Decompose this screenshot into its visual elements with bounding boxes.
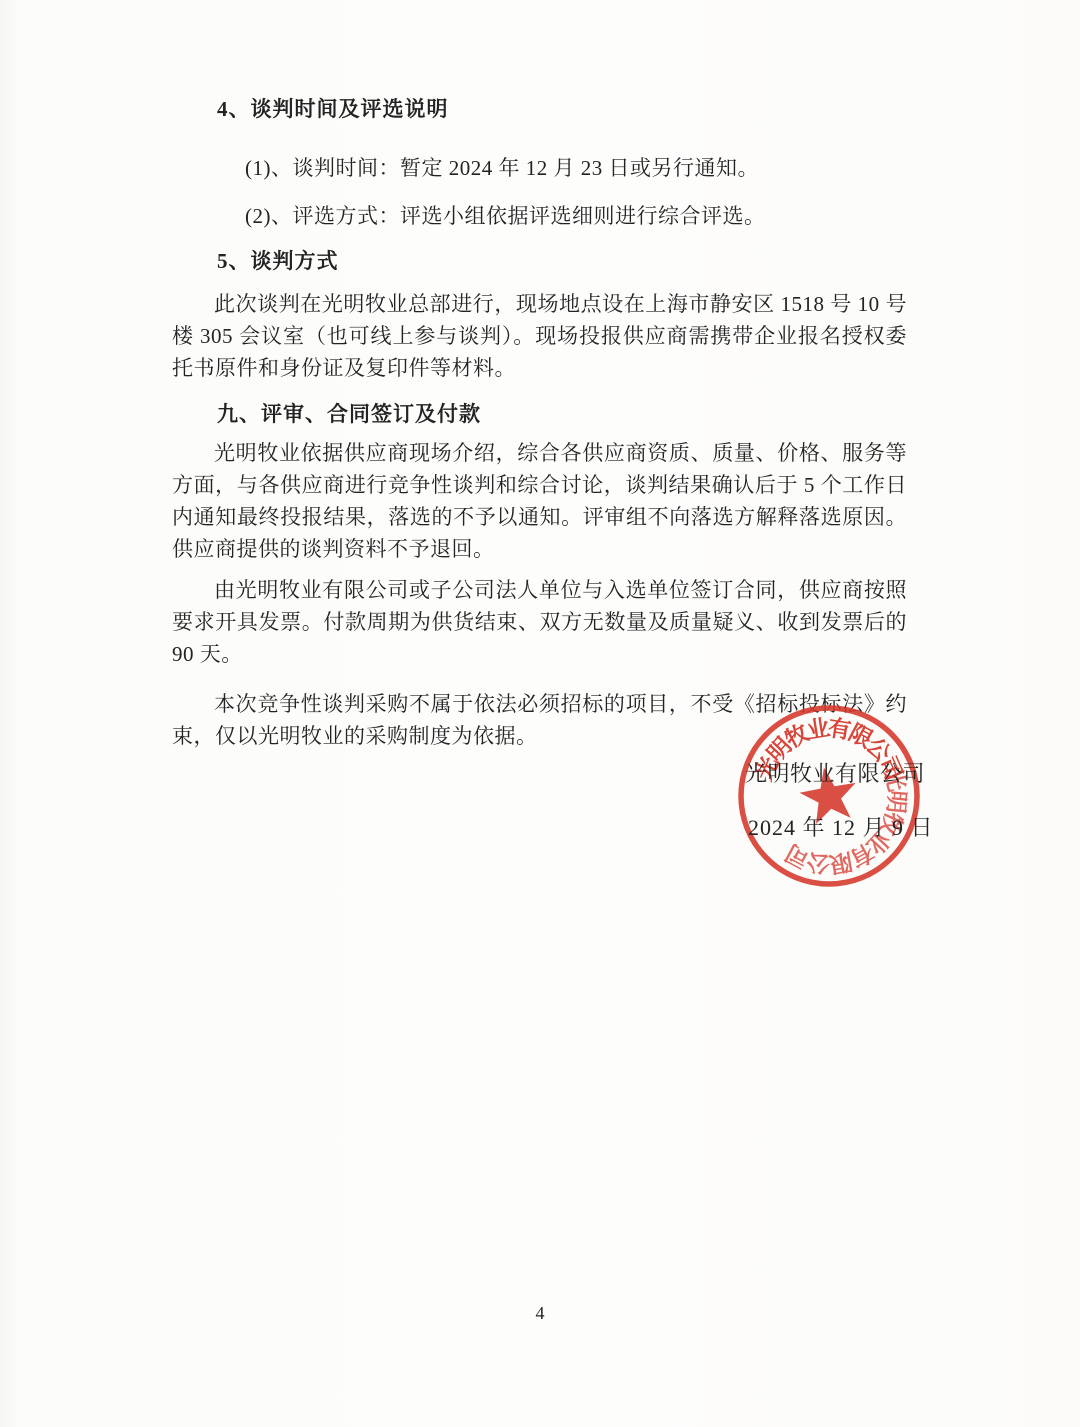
section-4-item-2: (2)、评选方式：评选小组依据评选细则进行综合评选。: [245, 200, 907, 232]
section-5-paragraph: 此次谈判在光明牧业总部进行，现场地点设在上海市静安区 1518 号 10 号楼 …: [172, 288, 907, 384]
section-9-paragraph-2: 由光明牧业有限公司或子公司法人单位与入选单位签订合同，供应商按照要求开具发票。付…: [172, 574, 907, 670]
signature-date: 2024 年 12 月 9 日: [748, 811, 934, 842]
document-page: 4、谈判时间及评选说明 (1)、谈判时间：暂定 2024 年 12 月 23 日…: [0, 0, 1080, 1427]
company-seal-stamp-icon: 光 明 牧 业 有 限 公 司 光 明 牧 业 有 限 公 司: [733, 699, 925, 893]
section-9-heading: 九、评审、合同签订及付款: [217, 398, 907, 430]
document-body: 4、谈判时间及评选说明 (1)、谈判时间：暂定 2024 年 12 月 23 日…: [172, 93, 907, 752]
section-4-item-1: (1)、谈判时间：暂定 2024 年 12 月 23 日或另行通知。: [245, 152, 907, 184]
section-5-heading: 5、谈判方式: [217, 245, 907, 277]
section-9-paragraph-1: 光明牧业依据供应商现场介绍，综合各供应商资质、质量、价格、服务等方面，与各供应商…: [172, 437, 907, 565]
page-number: 4: [0, 1303, 1080, 1324]
section-4-heading: 4、谈判时间及评选说明: [217, 93, 907, 125]
signature-company-name: 光明牧业有限公司: [745, 757, 925, 788]
